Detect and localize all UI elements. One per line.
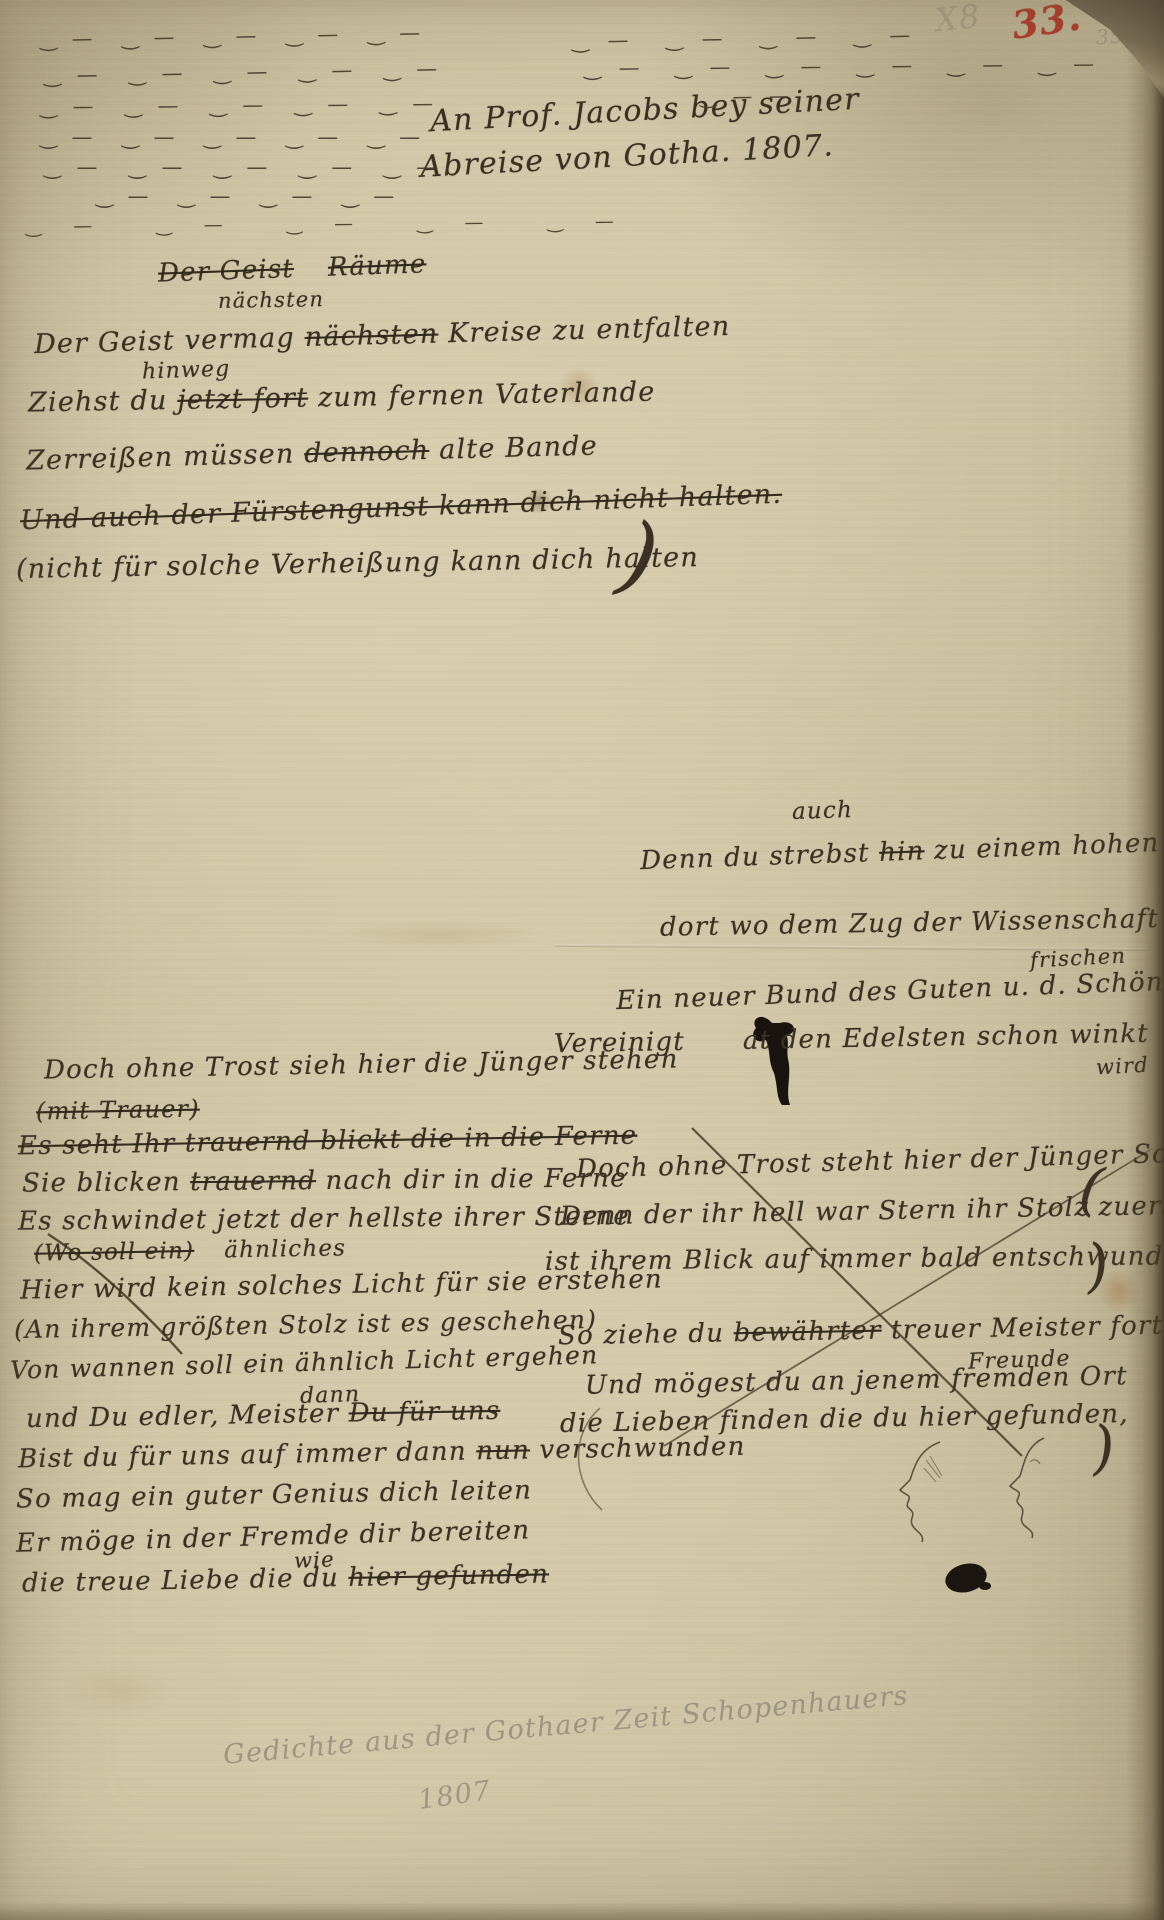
manuscript-line: Ziehst du jetzt fort zum fernen Vaterlan… [28,379,656,417]
red-page-number: 33. [1010,0,1084,45]
word-segment: Der Geist vermag [34,322,305,360]
struck-word-segment: (Wo soll ein) [34,1238,195,1267]
word-segment: die treue Liebe die du [22,1563,349,1599]
scansion-row: ‿ — ‿ — ‿ — ‿ — ‿ — [40,127,420,148]
manuscript-line: Der GeistRäume [158,251,427,286]
struck-word-segment: Der Geist [158,254,295,289]
word-segment: Kreise zu entfalten [438,311,731,350]
struck-word-segment: Räume [327,249,426,282]
scansion-row: ‿ — ‿ — ‿ — ‿ — [96,186,394,207]
round-ink-blot [940,1556,996,1602]
word-segment: wird [1095,1053,1149,1080]
manuscript-line: wird [1095,1055,1149,1079]
struck-word-segment: Du für uns [348,1396,500,1429]
struck-word-segment: (mit Trauer) [36,1095,200,1126]
struck-word-segment: nächsten [304,319,438,353]
word-segment: alte Bande [429,431,598,466]
manuscript-line: die treue Liebe die du hier gefunden [22,1561,549,1596]
manuscript-line: (mit Trauer) [36,1097,200,1124]
word-segment: zum fernen Vaterlande [308,377,656,414]
word-segment: auch [792,797,854,825]
word-segment: at den Edelsten schon winkt [743,1019,1149,1056]
word-segment: Bist du für uns auf immer dann [18,1436,477,1474]
manuscript-line: So mag ein guter Genius dich leiten [16,1477,533,1512]
struck-word-segment: nun [476,1435,530,1466]
word-segment: Ziehst du [28,385,178,419]
archivist-note: Gedichte aus der Gothaer Zeit Schopenhau… [222,1682,909,1769]
struck-word-segment: hier gefunden [348,1559,549,1592]
manuscript-line: Und auch der Fürstengunst kann dich nich… [20,481,783,535]
manuscript-line: frischen [1030,945,1127,971]
word-segment: dort wo dem Zug der Wissenschaft zu [660,903,1164,942]
pencil-shelf-mark: X8 [933,0,982,36]
poem-title-line2: Abreise von Gotha. 1807. [419,131,834,183]
word-segment: Zerreißen müssen [26,438,305,476]
manuscript-page: X8 33. 35a An Prof. Jacobs bey seiner Ab… [0,0,1164,1920]
scansion-row: ‿ — ‿ — ‿ — ‿ — ‿ — ‿ — [584,54,1094,79]
manuscript-line: Doch ohne Trost sieh hier die Jünger ste… [44,1046,679,1083]
bottom-edge-shadow [0,1902,1164,1920]
word-segment: ähnliches [224,1235,346,1263]
manuscript-line: Er möge in der Fremde dir bereiten [16,1517,531,1556]
scansion-row: ‿ — ‿ — ‿ — ‿ — ‿ — [44,59,437,87]
word-segment: ist ihrem Blick auf immer bald entschwun… [545,1241,1164,1277]
stain [60,1660,180,1720]
word-segment: Er möge in der Fremde dir bereiten [16,1515,531,1558]
manuscript-line: ) [613,509,666,602]
manuscript-line: ) [1084,1235,1113,1295]
struck-word-segment: trauernd [190,1166,316,1197]
manuscript-line: Ein neuer Bund des Guten u. d. Schönen [616,968,1164,1014]
scansion-row: ‿ — ‿ — ‿ — ‿ — ‿ — [26,212,614,236]
word-segment: und Du edler, Meister [26,1399,349,1435]
manuscript-line: Es seht Ihr trauernd blickt die in die F… [18,1123,638,1160]
scansion-row: ‿ — — [700,85,789,107]
word-segment: Denn du strebst [640,838,880,876]
word-segment: Ein neuer Bund des Guten u. d. Schönen [616,966,1164,1016]
scansion-row: ‿ — ‿ — ‿ — ‿ — [572,25,911,52]
manuscript-line: Der Geist vermag nächsten Kreise zu entf… [34,313,731,358]
manuscript-line: ) [1090,1417,1118,1477]
scansion-row: ‿ — ‿ — ‿ — ‿ — ‿ — [40,23,420,51]
stain [330,920,550,950]
manuscript-line: hinweg [142,358,231,383]
manuscript-line: (nicht für solche Verheißung kann dich h… [16,544,699,583]
struck-word-segment: Es seht Ihr trauernd blickt die in die F… [18,1121,638,1162]
manuscript-line: Sie blicken trauernd nach dir in die Fer… [22,1165,627,1196]
word-segment: So mag ein guter Genius dich leiten [16,1475,533,1514]
manuscript-line: nächsten [218,289,324,312]
word-segment: Doch ohne Trost sieh hier die Jünger ste… [44,1044,679,1085]
manuscript-line: Es schwindet jetzt der hellste ihrer Ste… [18,1203,630,1234]
word-segment: ) [1090,1412,1119,1481]
struck-word-segment: bewährter [733,1316,882,1349]
archivist-note-year: 1807 [416,1777,493,1814]
word-segment: treuer Meister fort [881,1311,1163,1346]
scansion-row: ‿ — ‿ — ‿ — ‿ — ‿ — [44,157,437,178]
manuscript-line: Bist du für uns auf immer dann nun versc… [18,1434,746,1473]
struck-word-segment: jetzt fort [177,383,308,416]
manuscript-line: ist ihrem Blick auf immer bald entschwun… [545,1243,1164,1275]
struck-word-segment: Und auch der Fürstengunst kann dich nich… [20,479,783,537]
manuscript-line: (Wo soll ein)ähnliches [34,1237,347,1265]
word-segment: (nicht für solche Verheißung kann dich h… [16,542,699,585]
word-segment: Sie blicken [22,1167,190,1198]
manuscript-line: dort wo dem Zug der Wissenschaft zu [660,905,1164,940]
struck-word-segment: dennoch [304,435,430,469]
word-segment: hinweg [142,356,231,384]
word-segment: Es schwindet jetzt der hellste ihrer Ste… [18,1201,630,1236]
manuscript-line: auch [792,799,854,824]
word-segment: So ziehe du [558,1318,734,1351]
manuscript-line: Denn du strebst hin zu einem hohen Ziel [640,828,1164,874]
manuscript-line: und Du edler, Meister Du für uns [26,1398,501,1432]
struck-word-segment: hin [879,836,925,868]
scansion-row: ‿ — ‿ — ‿ — ‿ — ‿ — [40,93,433,117]
page-right-edge [1126,0,1164,1920]
manuscript-line: Zerreißen müssen dennoch alte Bande [26,433,598,475]
word-segment: nächsten [218,287,325,313]
